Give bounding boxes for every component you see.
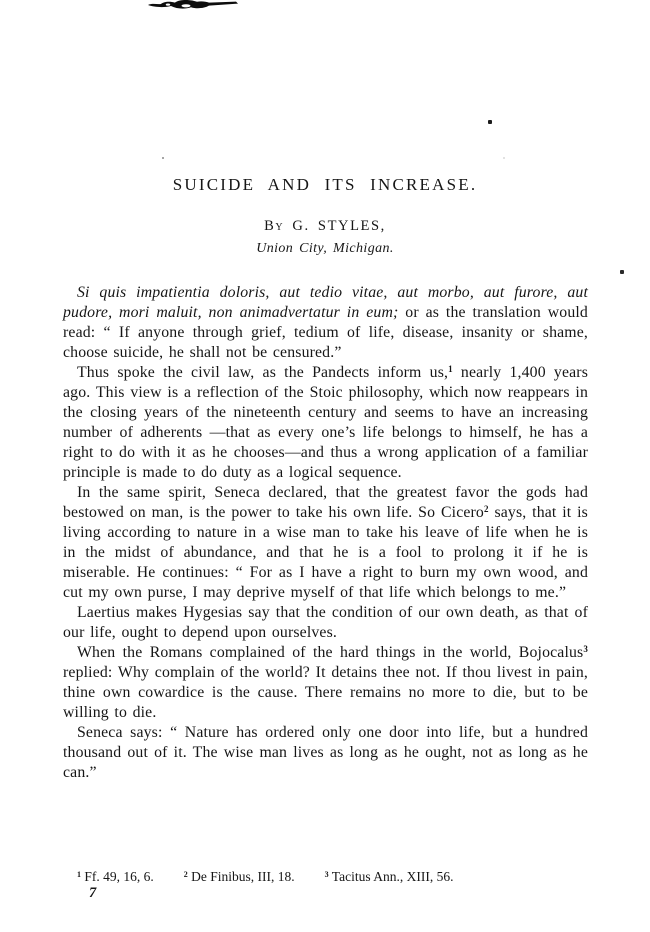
paragraph-laertius: Laertius makes Hygesias say that the con… — [63, 603, 588, 643]
paragraph-pandects: Thus spoke the civil law, as the Pandect… — [63, 363, 588, 483]
author-name: G. STYLES, — [292, 218, 386, 234]
page-number: 7 — [89, 885, 96, 902]
paragraph-seneca-door: Seneca says: “ Nature has ordered only o… — [63, 723, 588, 783]
article-header: SUICIDE AND ITS INCREASE. By G. STYLES, … — [0, 0, 650, 257]
scan-speck — [503, 157, 505, 159]
byline-prefix: By — [264, 218, 284, 234]
scan-speck — [620, 270, 624, 274]
footnote-text: De Finibus, III, 18. — [191, 869, 295, 884]
footnote-1: 1 Ff. 49, 16, 6. — [77, 868, 154, 885]
footnotes: 1 Ff. 49, 16, 6. 2 De Finibus, III, 18. … — [77, 868, 597, 885]
article-body: Si quis impatientia doloris, aut tedio v… — [63, 283, 588, 783]
footnote-3: 3 Tacitus Ann., XIII, 56. — [325, 868, 454, 885]
scan-speck — [162, 157, 164, 159]
footnote-text: Ff. 49, 16, 6. — [84, 869, 153, 884]
ink-blot-artifact — [148, 0, 240, 11]
paragraph-latin-quote: Si quis impatientia doloris, aut tedio v… — [63, 283, 588, 363]
footnote-marker: 3 — [325, 870, 329, 879]
scan-speck — [488, 120, 492, 124]
byline: By G. STYLES, — [0, 218, 650, 235]
paragraph-bojocalus: When the Romans complained of the hard t… — [63, 643, 588, 723]
article-title: SUICIDE AND ITS INCREASE. — [0, 175, 650, 195]
scanned-book-page: SUICIDE AND ITS INCREASE. By G. STYLES, … — [0, 0, 650, 932]
footnote-marker: 2 — [184, 870, 188, 879]
footnote-marker: 1 — [77, 870, 81, 879]
paragraph-seneca-cicero: In the same spirit, Seneca declared, tha… — [63, 483, 588, 603]
footnote-2: 2 De Finibus, III, 18. — [184, 868, 295, 885]
author-location: Union City, Michigan. — [0, 241, 650, 257]
footnote-text: Tacitus Ann., XIII, 56. — [332, 869, 454, 884]
